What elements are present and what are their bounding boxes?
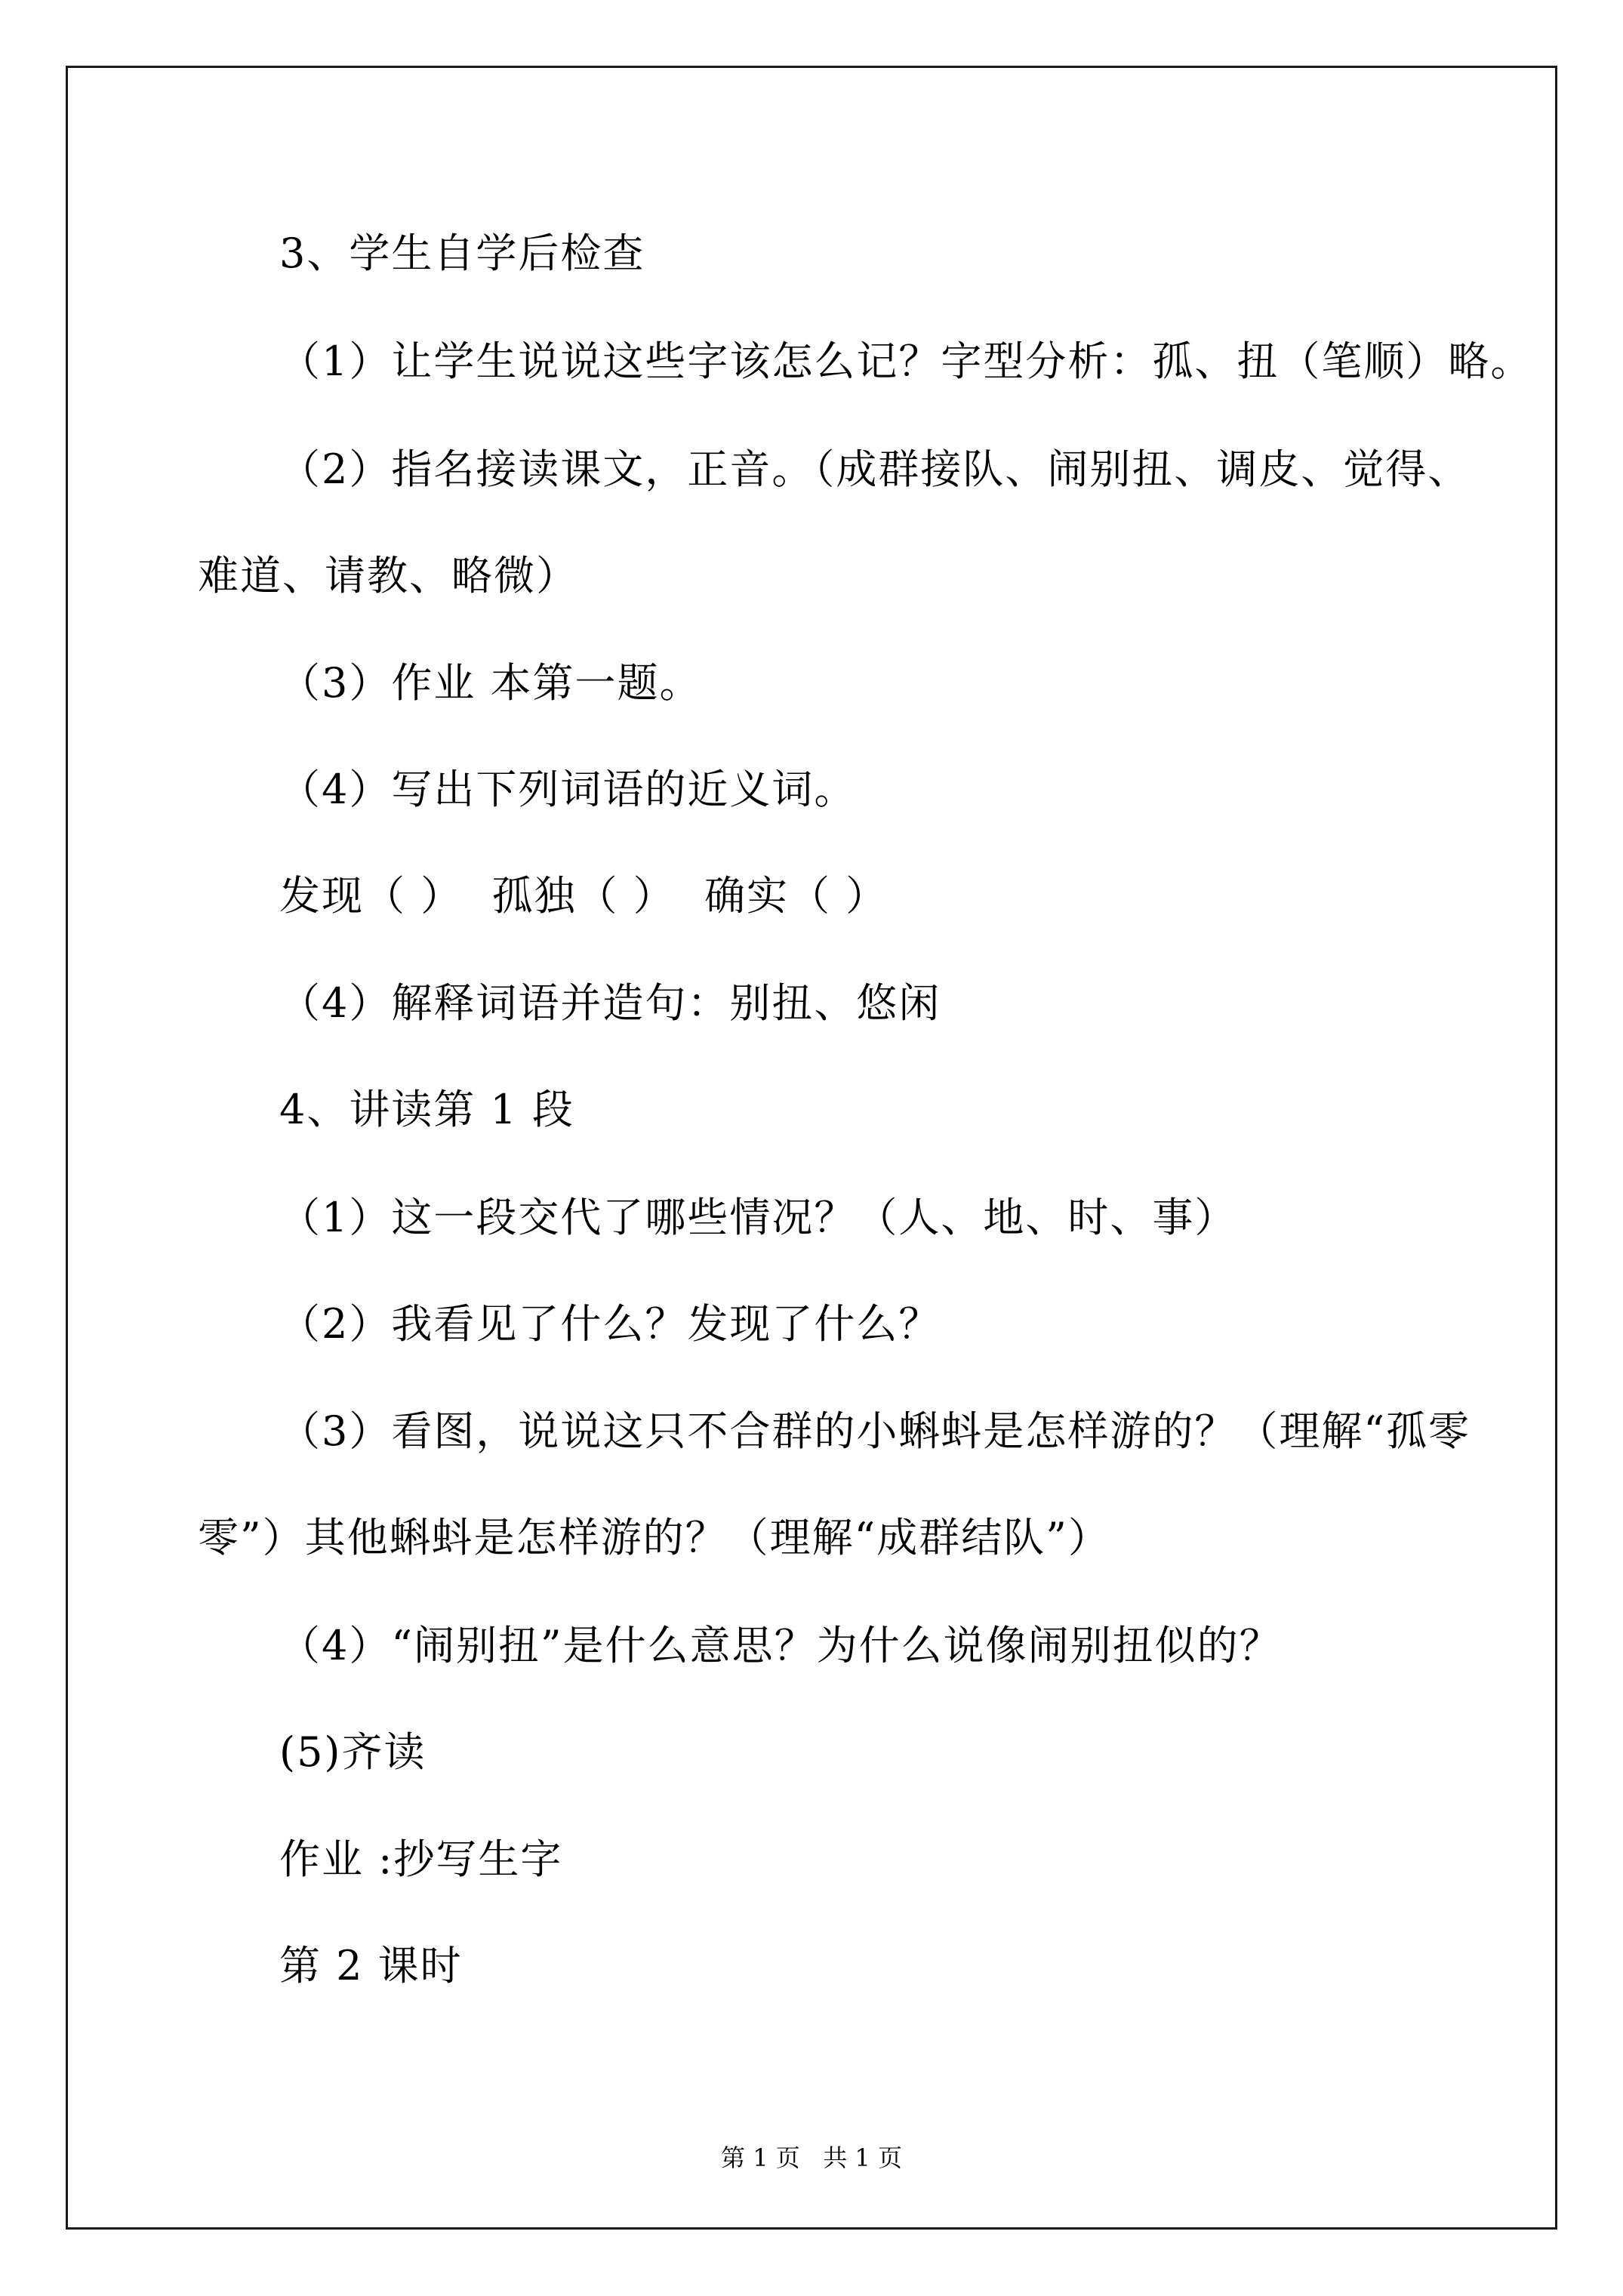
paragraph-item-2: （2）指名接读课文，正音。（成群接队、闹别扭、调皮、觉得、 [279, 447, 1470, 492]
paragraph-item-4-synonyms: （4）写出下列词语的近义词。 [279, 767, 856, 812]
question-item-2: （2）我看见了什么？发现了什么？ [279, 1302, 941, 1347]
paragraph-item-2-continued: 难道、请教、略微） [198, 553, 578, 599]
paragraph-item-3: （3）作业 本第一题。 [279, 661, 702, 706]
question-item-5: (5)齐读 [279, 1730, 427, 1775]
question-item-1: （1）这一段交代了哪些情况？（人、地、时、事） [279, 1195, 1236, 1240]
lesson-period-heading: 第 2 课时 [279, 1943, 463, 1989]
section-heading-self-study-check: 3、学生自学后检查 [279, 231, 645, 276]
question-item-3-continued: 零”）其他蝌蚪是怎样游的？（理解“成群结队”） [198, 1515, 1110, 1561]
page-number-footer: 第 1 页 共 1 页 [0, 2143, 1623, 2173]
page-border [66, 66, 1557, 2230]
section-heading-reading-paragraph-1: 4、讲读第 1 段 [279, 1087, 574, 1133]
paragraph-item-4-explain: （4）解释词语并造句：别扭、悠闲 [279, 981, 941, 1026]
question-item-3: （3）看图，说说这只不合群的小蝌蚪是怎样游的？（理解“孤零 [279, 1409, 1471, 1454]
synonym-exercise-row: 发现（ ） 孤独（ ） 确实（ ） [279, 874, 888, 919]
homework-line: 作业 :抄写生字 [279, 1837, 562, 1882]
paragraph-item-1: （1）让学生说说这些字该怎么记？字型分析：孤、扭（笔顺）略。 [279, 339, 1532, 384]
question-item-4: （4）“闹别扭”是什么意思？为什么说像闹别扭似的？ [279, 1623, 1282, 1669]
